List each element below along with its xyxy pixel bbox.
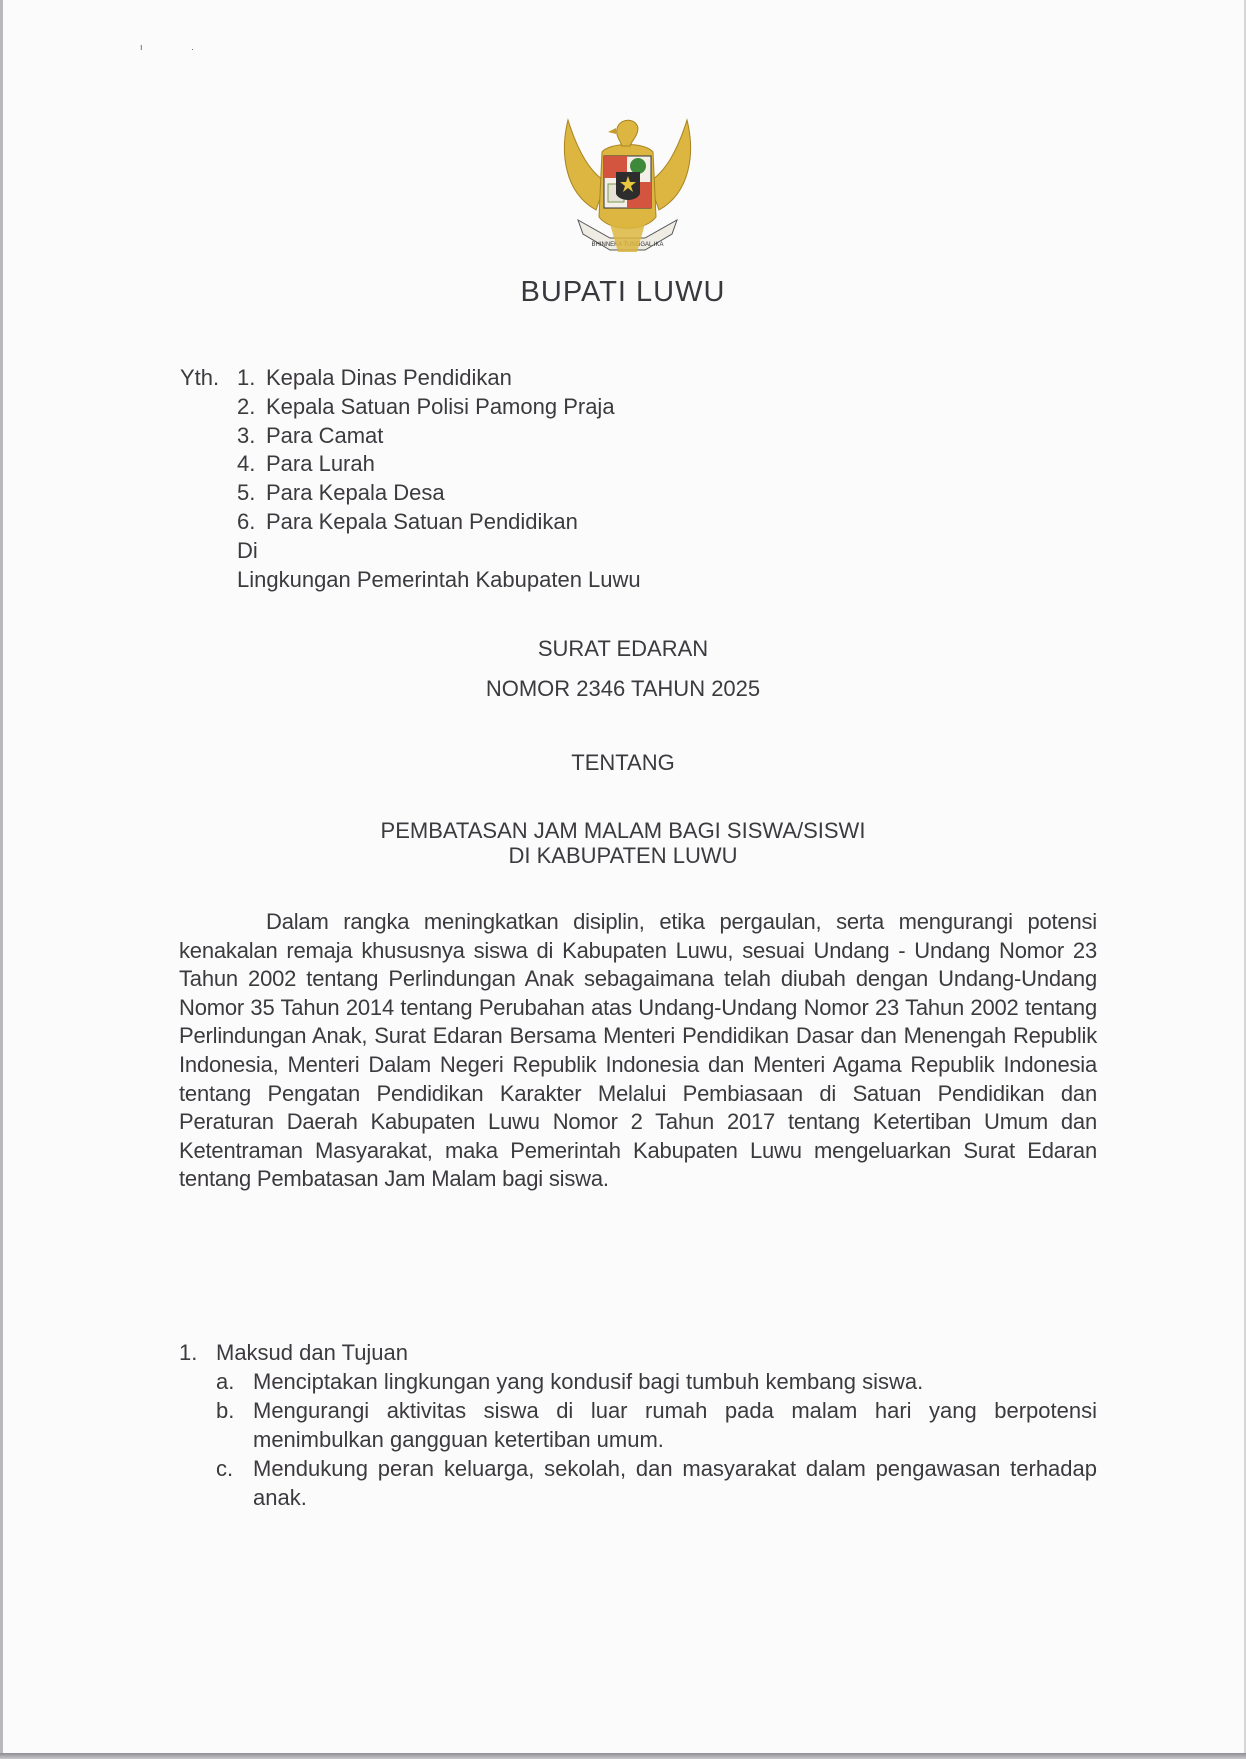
scan-edge-left [0, 0, 3, 1759]
scan-edge-bottom [0, 1753, 1246, 1759]
location-prefix: Di [180, 537, 641, 566]
recipient-item: 1.Kepala Dinas Pendidikan [237, 364, 641, 393]
about-label: TENTANG [0, 750, 1246, 776]
recipients-list: 1.Kepala Dinas Pendidikan 2.Kepala Satua… [180, 364, 641, 537]
recipient-item: 4.Para Lurah [237, 450, 641, 479]
subject-line-2: DI KABUPATEN LUWU [0, 843, 1246, 869]
recipient-item: 2.Kepala Satuan Polisi Pamong Praja [237, 393, 641, 422]
garuda-emblem-icon: BHINNEKA TUNGGAL IKA [560, 112, 695, 262]
recipients-block: Yth. 1.Kepala Dinas Pendidikan 2.Kepala … [180, 364, 641, 594]
intro-paragraph: Dalam rangka meningkatkan disiplin, etik… [179, 908, 1097, 1194]
section-item: c. Mendukung peran keluarga, sekolah, da… [216, 1454, 1097, 1512]
letter-number: NOMOR 2346 TAHUN 2025 [0, 676, 1246, 702]
recipients-prefix: Yth. [180, 364, 219, 393]
recipient-item: 5.Para Kepala Desa [237, 479, 641, 508]
section-item: a. Menciptakan lingkungan yang kondusif … [216, 1367, 1097, 1396]
recipient-item: 6.Para Kepala Satuan Pendidikan [237, 508, 641, 537]
recipient-item: 3.Para Camat [237, 422, 641, 451]
subject-line-1: PEMBATASAN JAM MALAM BAGI SISWA/SISWI [0, 818, 1246, 844]
section-maksud-tujuan: 1. Maksud dan Tujuan a. Menciptakan ling… [179, 1338, 1097, 1512]
scan-speck: ı [140, 42, 143, 52]
location: Lingkungan Pemerintah Kabupaten Luwu [180, 566, 641, 595]
section-item: b. Mengurangi aktivitas siswa di luar ru… [216, 1396, 1097, 1454]
section-heading: 1. Maksud dan Tujuan [179, 1338, 1097, 1367]
issuer-title: BUPATI LUWU [0, 276, 1246, 309]
scan-speck: · [191, 44, 194, 54]
letter-type: SURAT EDARAN [0, 636, 1246, 662]
